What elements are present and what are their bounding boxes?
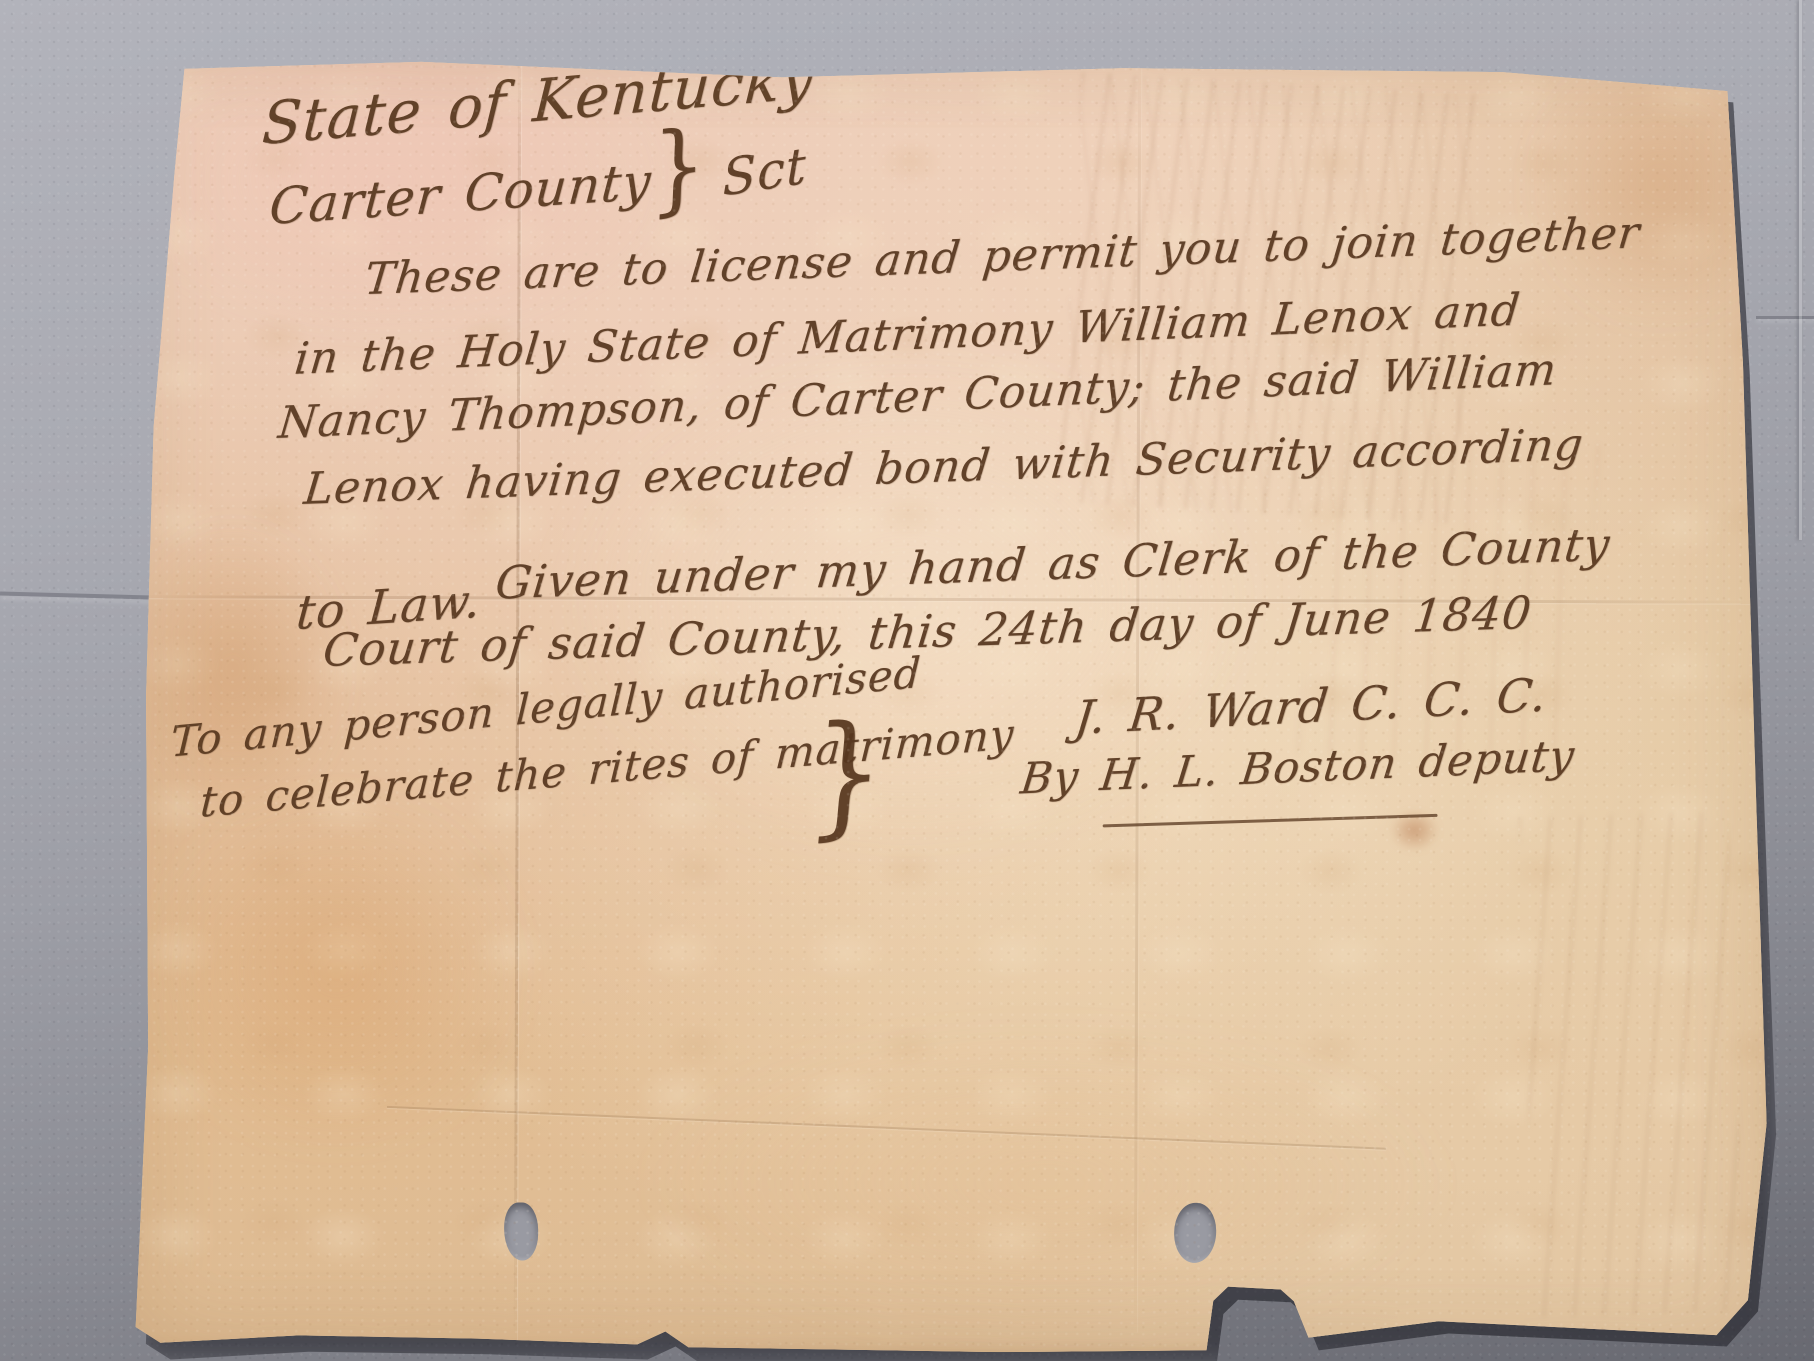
handwritten-sct-abbrev: Sct <box>722 136 807 208</box>
paper-stain-top-right <box>1529 44 1790 325</box>
paper-stain-bottom <box>646 1031 1447 1334</box>
ink-bleed-through-bottom-right <box>1519 811 1745 1317</box>
deputy-signature-underline <box>1103 814 1438 828</box>
clerk-signature: J. R. Ward C. C. C. <box>1072 667 1550 744</box>
handwritten-state-line: State of Kentucky <box>260 43 816 158</box>
surface-seam-right-vertical <box>1799 0 1802 540</box>
punch-hole-right <box>1174 1203 1216 1263</box>
paper-stain-bottom-left <box>146 789 527 1150</box>
photograph-of-marriage-license: State of Kentucky } Sct Carter County Th… <box>0 0 1814 1361</box>
fold-crease-diagonal <box>387 1106 1386 1150</box>
aged-document-paper: State of Kentucky } Sct Carter County Th… <box>126 49 1776 1355</box>
punch-hole-left <box>504 1202 538 1260</box>
address-brace: } <box>802 693 891 853</box>
handwritten-county-line: Carter County <box>268 152 654 236</box>
surface-seam-right-horizontal <box>1756 316 1814 319</box>
